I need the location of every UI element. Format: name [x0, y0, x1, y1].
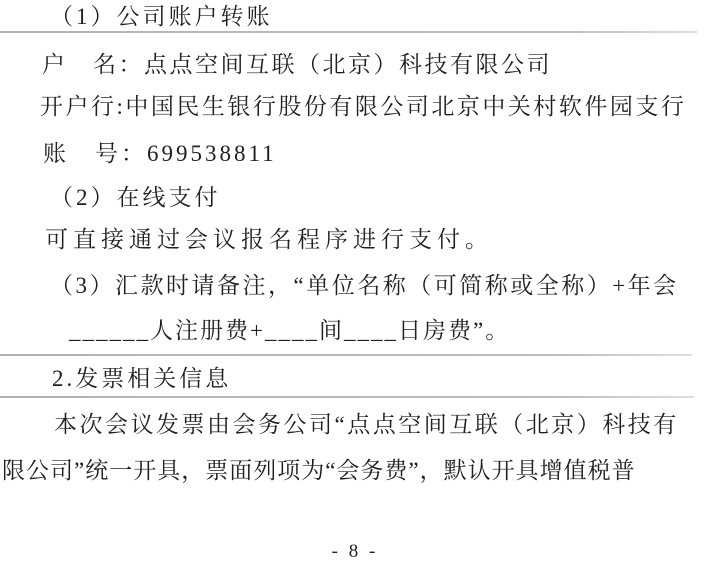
account-number-line: 账 号：699538811	[43, 139, 277, 169]
bank-name-value: 中国民生银行股份有限公司北京中关村软件园支行	[125, 94, 686, 119]
divider-line-middle	[0, 354, 692, 356]
remark-note-heading: （3）汇款时请备注，“单位名称（可简称或全称）+年会	[50, 271, 679, 301]
account-number-label: 账 号：	[43, 141, 147, 166]
invoice-paragraph-line-1: 本次会议发票由会务公司“点点空间互联（北京）科技有	[54, 410, 679, 440]
online-payment-description: 可直接通过会议报名程序进行支付。	[45, 225, 493, 255]
account-name-line: 户 名：点点空间互联（北京）科技有限公司	[42, 50, 552, 80]
page-number: - 8 -	[0, 541, 710, 563]
divider-line-top	[0, 31, 697, 33]
online-payment-heading: （2）在线支付	[50, 183, 221, 213]
remark-segment-1: 人注册费+	[150, 318, 265, 343]
invoice-paragraph-line-2: 限公司”统一开具，票面列项为“会务费”，默认开具增值税普	[2, 456, 636, 486]
divider-line-below-heading	[0, 396, 694, 398]
bank-branch-line: 开户行:中国民生银行股份有限公司北京中关村软件园支行	[40, 92, 686, 122]
account-number-value: 699538811	[147, 141, 277, 166]
remark-note-blank-line: ______人注册费+____间____日房费”。	[69, 316, 510, 346]
account-name-value: 点点空间互联（北京）科技有限公司	[144, 52, 552, 77]
bank-transfer-heading: （1）公司账户转账	[50, 2, 273, 32]
document-page: （1）公司账户转账 户 名：点点空间互联（北京）科技有限公司 开户行:中国民生银…	[0, 0, 710, 570]
bank-label: 开户行:	[40, 94, 125, 119]
remark-blank-2: ____	[265, 318, 319, 343]
invoice-section-heading: 2.发票相关信息	[52, 364, 231, 394]
remark-blank-1: ______	[69, 318, 150, 343]
account-name-label: 户 名：	[42, 52, 144, 77]
remark-blank-3: ____	[344, 318, 398, 343]
remark-segment-2: 间	[319, 318, 344, 343]
remark-segment-3: 日房费”。	[398, 318, 510, 343]
